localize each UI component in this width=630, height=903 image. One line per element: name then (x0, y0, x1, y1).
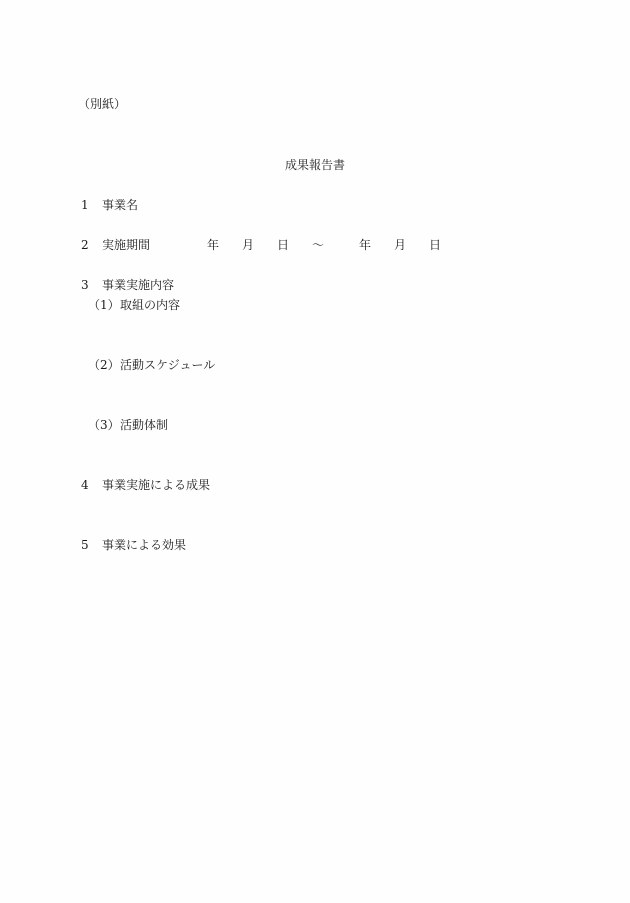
section-4-label: 事業実施による成果 (102, 478, 210, 492)
section-1-label: 事業名 (102, 198, 138, 212)
subsection-3-number: （3） (88, 418, 120, 432)
period-end-day: 日 (429, 238, 441, 252)
document-title: 成果報告書 (285, 158, 345, 172)
section-1-number: 1 (81, 198, 89, 212)
period-start-month: 月 (242, 238, 254, 252)
section-3-number: 3 (81, 278, 89, 292)
period-start-year: 年 (207, 238, 219, 252)
subsection-2-label: 活動スケジュール (120, 358, 215, 372)
section-2-number: 2 (81, 238, 89, 252)
period-end-month: 月 (394, 238, 406, 252)
section-2-label: 実施期間 (102, 238, 150, 252)
subsection-1-label: 取組の内容 (120, 298, 180, 312)
period-separator: ～ (312, 238, 324, 252)
section-4-number: 4 (81, 478, 89, 492)
subsection-1-number: （1） (88, 298, 120, 312)
section-3-label: 事業実施内容 (102, 278, 174, 292)
attachment-label: （別紙） (78, 97, 126, 111)
subsection-3-label: 活動体制 (120, 418, 168, 432)
period-start-day: 日 (277, 238, 289, 252)
subsection-2-number: （2） (88, 358, 120, 372)
section-5-label: 事業による効果 (102, 538, 186, 552)
section-5-number: 5 (81, 538, 89, 552)
period-end-year: 年 (359, 238, 371, 252)
